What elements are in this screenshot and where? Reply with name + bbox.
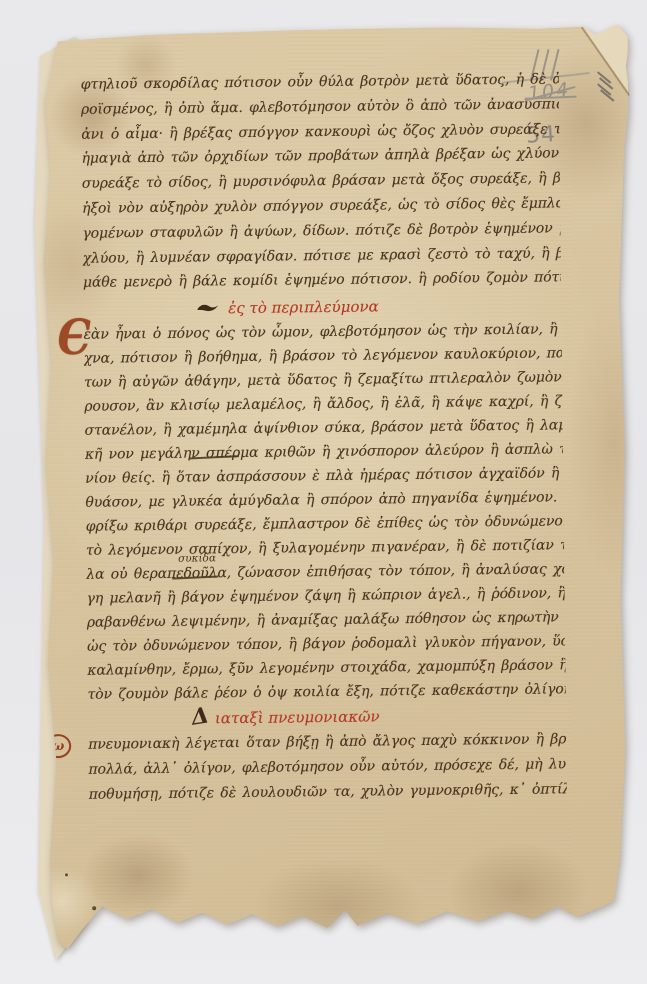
text-block: φτηλιοῦ σκορδίλας πότισον οὖν θύλα βοτρὸ… (81, 67, 567, 808)
ink-speck (315, 935, 317, 937)
rubric-heading-2-label: ιαταξὶ πνευμονιακῶν (215, 708, 380, 728)
ink-speck (65, 873, 68, 876)
paragraph-1: φτηλιοῦ σκορδίλας πότισον οὖν θύλα βοτρὸ… (81, 67, 562, 296)
paragraph-2: ἐὰν ἦναι ὁ πόνος ὡς τὸν ὦμον, φλεβοτόμησ… (83, 318, 565, 707)
ink-speck (370, 929, 372, 931)
decorated-initial: Є (57, 314, 91, 363)
margin-monogram: ϗ ω (39, 728, 73, 762)
corner-scribble (594, 74, 620, 104)
paragraph-mark-icon (195, 302, 219, 314)
manuscript-page: 104 54 φτηλιοῦ σκορδίλας πότισον οὖν θύλ… (34, 22, 633, 959)
rubric-heading-1-label: ἐς τὸ περιπλεύμονα (228, 297, 379, 317)
manuscript-scan: 104 54 φτηλιοῦ σκορδίλας πότισον οὖν θύλ… (0, 0, 647, 984)
ink-speck (103, 920, 106, 923)
ink-speck (92, 906, 96, 910)
text-line: ποθυμήσῃ, πότιζε δὲ λουλουδιῶν τα, χυλὸν… (89, 777, 567, 807)
monogram-letter: ω (52, 739, 65, 754)
edge-tear (41, 199, 48, 215)
paragraph-3: πνευμονιακὴ λέγεται ὅταν βήξῃ ἢ ἀπὸ ἄλγο… (88, 727, 567, 807)
interlinear-correction: συκίδα (178, 552, 216, 564)
heading-2-initial: Δ (190, 703, 211, 731)
